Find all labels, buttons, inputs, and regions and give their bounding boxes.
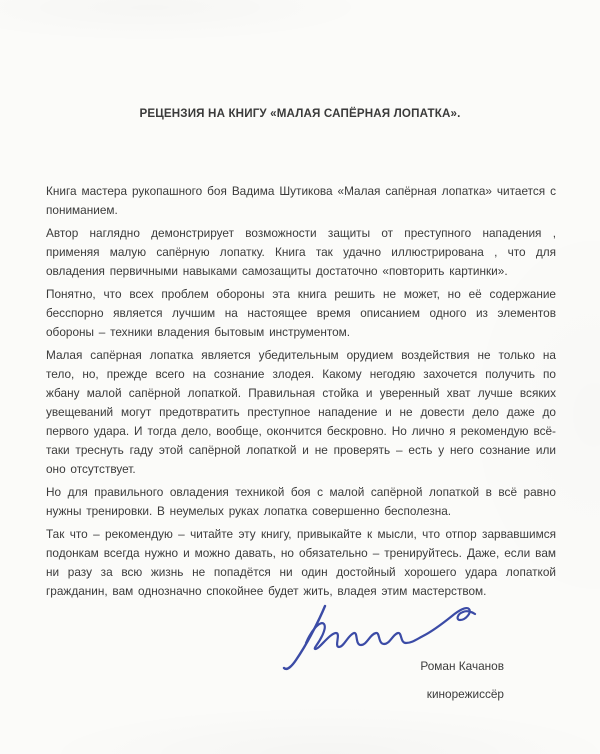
signer-role: кинорежиссёр: [46, 687, 504, 702]
handwritten-signature-icon: [274, 603, 486, 675]
paragraph-6: Так что – рекомендую – читайте эту книгу…: [46, 525, 556, 601]
signature-stroke-slash: [284, 606, 325, 669]
paragraph-3: Понятно, что всех проблем обороны эта кн…: [46, 285, 556, 342]
paragraph-4: Малая сапёрная лопатка является убедител…: [46, 346, 556, 479]
paragraph-5: Но для правильного овладения техникой бо…: [46, 483, 556, 521]
signature-area: [46, 605, 556, 667]
document-body: Книга мастера рукопашного боя Вадима Шут…: [0, 182, 600, 702]
document-title: РЕЦЕНЗИЯ НА КНИГУ «МАЛАЯ САПЁРНАЯ ЛОПАТК…: [0, 0, 600, 120]
paragraph-1: Книга мастера рукопашного боя Вадима Шут…: [46, 182, 556, 220]
paragraph-2: Автор наглядно демонстрирует возможности…: [46, 224, 556, 281]
signature-stroke-letters: [306, 608, 475, 649]
scanned-review-document: РЕЦЕНЗИЯ НА КНИГУ «МАЛАЯ САПЁРНАЯ ЛОПАТК…: [0, 0, 600, 754]
